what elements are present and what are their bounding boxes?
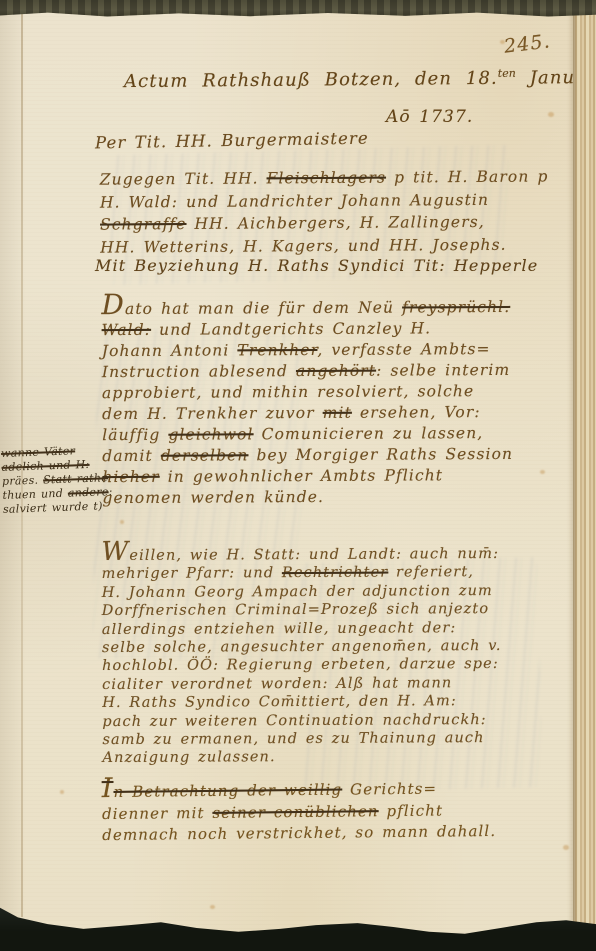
line-text: hochlobl. ÖÖ: Regierung erbeten, darzue …: [102, 656, 499, 674]
line-text: Weillen, wie H. Statt: und Landt: auch n…: [101, 546, 499, 564]
manuscript-line: H. Wald: und Landrichter Johann Augustin: [100, 188, 549, 214]
manuscript-line: damit derselben bey Morgiger Raths Sessi…: [102, 444, 513, 467]
struck-text: seiner conüblichen: [212, 802, 378, 822]
struck-text: Wald:: [102, 321, 152, 339]
manuscript-line: Wald: und Landtgerichts Canzley H.: [102, 318, 513, 341]
manuscript-line: samb zu ermanen, und es zu Thainung auch: [102, 729, 502, 749]
struck-text: Statt rathe: [43, 471, 108, 486]
struck-text: mit: [323, 404, 352, 422]
line-text: Anzaigung zulassen.: [102, 750, 275, 767]
line-text: dem H. Trenkher zuvor: [102, 404, 323, 423]
manuscript-line: hochlobl. ÖÖ: Regierung erbeten, darzue …: [102, 655, 502, 675]
line-text: pach zur weiteren Continuation nachdruck…: [102, 712, 487, 730]
struck-text: angehört: [296, 362, 376, 380]
struck-text: Trenkher: [237, 341, 317, 359]
line-text: Dorffnerischen Criminal=Prozeß sich anje…: [102, 601, 489, 619]
line-text: allerdings entziehen wille, ungeacht der…: [102, 620, 457, 638]
resolution-paragraph-3: In Betrachtung der weillig Gerichts=dien…: [102, 777, 497, 847]
line-text: läuffig: [102, 426, 168, 444]
manuscript-line: H. Raths Syndico Com̄ittiert, den H. Am:: [102, 692, 502, 712]
heading-date-line: Actum Rathshauß Botzen, den 18.ten Janua…: [124, 66, 596, 92]
struck-text: Schgraffe: [100, 215, 187, 234]
line-text: cialiter verordnet worden: Alß hat mann: [102, 675, 452, 693]
line-text: H. Johann Georg Ampach der adjunction zu…: [102, 583, 493, 601]
fore-edge-page-stack: [573, 8, 596, 935]
manuscript-line: läuffig gleichwol Comunicieren zu lassen…: [102, 423, 513, 446]
manuscript-line: selbe solche, angesuchter angenom̄en, au…: [102, 637, 502, 657]
manuscript-line: allerdings entziehen wille, ungeacht der…: [102, 619, 502, 639]
struck-text: Rechtrichter: [282, 565, 388, 582]
line-text: und Landtgerichts Canzley H.: [151, 319, 431, 338]
manuscript-line: dem H. Trenkher zuvor mit ersehen, Vor:: [102, 402, 513, 425]
line-text: bey Morgiger Raths Session: [248, 445, 513, 464]
manuscript-line: H. Johann Georg Ampach der adjunction zu…: [102, 582, 502, 602]
line-text: referiert,: [388, 565, 474, 581]
manuscript-line: Weillen, wie H. Statt: und Landt: auch n…: [101, 543, 501, 565]
struck-text: gleichwol: [168, 425, 253, 443]
struck-text: In Betrachtung der weillig: [102, 781, 343, 802]
beyziehung-line: Mit Beyziehung H. Raths Syndici Tit: Hep…: [95, 256, 538, 275]
manuscript-line: Anzaigung zulassen.: [102, 747, 502, 767]
line-text: ersehen, Vor:: [352, 403, 481, 422]
line-text: Instruction ablesend: [102, 362, 296, 381]
struck-text: derselben: [161, 446, 249, 464]
manuscript-line: HH. Wetterins, H. Kagers, und HH. Joseph…: [100, 233, 549, 259]
line-text: genomen werden künde.: [102, 488, 324, 507]
manuscript-line: approbiert, und mithin resolviert, solch…: [102, 381, 513, 404]
manuscript-line: Dato hat man die für dem Neü freysprüchl…: [101, 295, 512, 320]
struck-text: andere: [68, 485, 109, 499]
heading-date-text: Actum Rathshauß Botzen, den 18.: [124, 68, 498, 92]
resolution-paragraph-1: Dato hat man die für dem Neü freysprüchl…: [101, 295, 513, 509]
manuscript-line: Dorffnerischen Criminal=Prozeß sich anje…: [102, 600, 502, 620]
line-text: approbiert, und mithin resolviert, solch…: [102, 382, 474, 402]
line-text: Johann Antoni: [102, 341, 238, 360]
line-text: Gerichts=: [342, 780, 437, 799]
line-text: dienner mit: [102, 803, 213, 822]
line-text: pflicht: [379, 801, 444, 820]
manuscript-line: genomen werden künde.: [102, 486, 513, 509]
manuscript-line: Instruction ablesend angehört: selbe int…: [102, 360, 513, 383]
line-text: selbe solche, angesuchter angenom̄en, au…: [102, 638, 502, 656]
attendance-paragraph: Zugegen Tit. HH. Fleischlagers p tit. H.…: [100, 165, 549, 258]
heading-date-superscript: ten: [498, 67, 516, 80]
manuscript-line: mehriger Pfarr: und Rechtrichter referie…: [102, 563, 502, 583]
manuscript-line: Schgraffe HH. Aichbergers, H. Zallingers…: [100, 210, 549, 236]
gutter-crease: [21, 14, 23, 917]
line-text: H. Raths Syndico Com̄ittiert, den H. Am:: [102, 693, 457, 711]
line-text: H. Wald: und Landrichter Johann Augustin: [100, 190, 489, 211]
struck-text: freysprüchl.: [402, 298, 510, 317]
line-text: mehriger Pfarr: und: [102, 566, 282, 583]
manuscript-line: cialiter verordnet worden: Alß hat mann: [102, 674, 502, 694]
line-text: HH. Aichbergers, H. Zallingers,: [186, 213, 484, 233]
line-text: samb zu ermanen, und es zu Thainung auch: [102, 730, 484, 748]
resolution-paragraph-2: Weillen, wie H. Statt: und Landt: auch n…: [101, 543, 502, 768]
line-text: Dato hat man die für dem Neü: [101, 299, 402, 319]
manuscript-line: pach zur weiteren Continuation nachdruck…: [102, 711, 502, 731]
line-text: : selbe interim: [376, 361, 510, 380]
manuscript-line: hieher in gewohnlicher Ambts Pflicht: [102, 465, 513, 488]
line-text: in gewohnlicher Ambts Pflicht: [160, 466, 444, 485]
line-text: demnach noch verstrickhet, so mann dahal…: [102, 822, 496, 844]
line-text: HH. Wetterins, H. Kagers, und HH. Joseph…: [100, 235, 507, 256]
line-text: :: [108, 485, 112, 498]
line-text: p tit. H. Baron p: [386, 167, 549, 186]
line-text: Zugegen Tit. HH.: [100, 169, 267, 188]
line-text: Comunicieren zu lassen,: [254, 424, 484, 443]
struck-text: Fleischlagers: [267, 169, 387, 188]
heading-year: Aō 1737.: [386, 107, 473, 127]
manuscript-line: Zugegen Tit. HH. Fleischlagers p tit. H.…: [100, 165, 549, 191]
manuscript-line: Johann Antoni Trenkher, verfasste Ambts=: [102, 339, 513, 362]
line-text: , verfasste Ambts=: [317, 340, 490, 359]
manuscript-line: demnach noch verstrickhet, so mann dahal…: [102, 821, 496, 847]
